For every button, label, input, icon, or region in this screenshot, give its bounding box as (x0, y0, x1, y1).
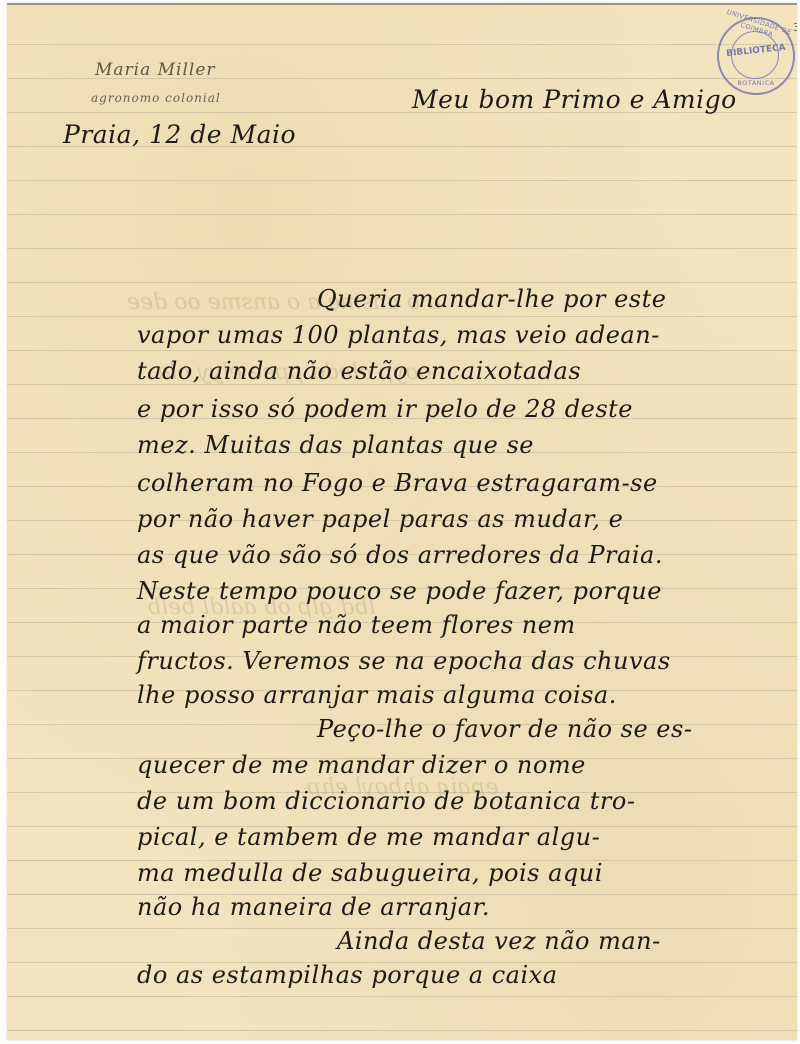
body-line: as que vão são só dos arredores da Praia… (137, 541, 663, 569)
body-line: tado, ainda não estão encaixotadas (137, 357, 581, 385)
body-line: lhe posso arranjar mais alguma coisa. (137, 681, 617, 709)
scanned-page: a o ansme a o ansme oo dee ooyp aledd pp… (0, 0, 800, 1044)
body-line: fructos. Veremos se na epocha das chuvas (137, 647, 671, 675)
body-line: Queria mandar-lhe por este (317, 285, 666, 313)
letter-paper: a o ansme a o ansme oo dee ooyp aledd pp… (7, 3, 797, 1040)
place-date: Praia, 12 de Maio (63, 120, 296, 149)
body-line: pical, e tambem de me mandar algu- (137, 823, 600, 851)
body-line: ma medulla de sabugueira, pois aqui (137, 859, 603, 887)
library-stamp: UNIVERSIDADE DE COIMBRA BIBLIOTECA BOTAN… (717, 17, 795, 95)
letterhead-name: Maria Miller (95, 60, 216, 80)
body-line: do as estampilhas porque a caixa (137, 961, 558, 989)
body-line: não ha maneira de arranjar. (137, 893, 490, 921)
body-line: de um bom diccionario de botanica tro- (137, 787, 635, 815)
body-line: quecer de me mandar dizer o nome (137, 751, 586, 779)
letterhead-title: agronomo colonial (91, 91, 221, 105)
body-line: Ainda desta vez não man- (337, 927, 661, 955)
body-line: mez. Muitas das plantas que se (137, 431, 534, 459)
body-line: a maior parte não teem flores nem (137, 611, 576, 639)
body-line: por não haver papel paras as mudar, e (137, 505, 623, 533)
body-line: Peço-lhe o favor de não se es- (317, 715, 692, 743)
page-number: 3 (793, 21, 797, 34)
body-line: vapor umas 100 plantas, mas veio adean- (137, 321, 660, 349)
body-line: e por isso só podem ir pelo de 28 deste (137, 395, 633, 423)
body-line: Neste tempo pouco se pode fazer, porque (137, 577, 662, 605)
body-line: colheram no Fogo e Brava estragaram-se (137, 469, 658, 497)
salutation: Meu bom Primo e Amigo (412, 85, 737, 114)
